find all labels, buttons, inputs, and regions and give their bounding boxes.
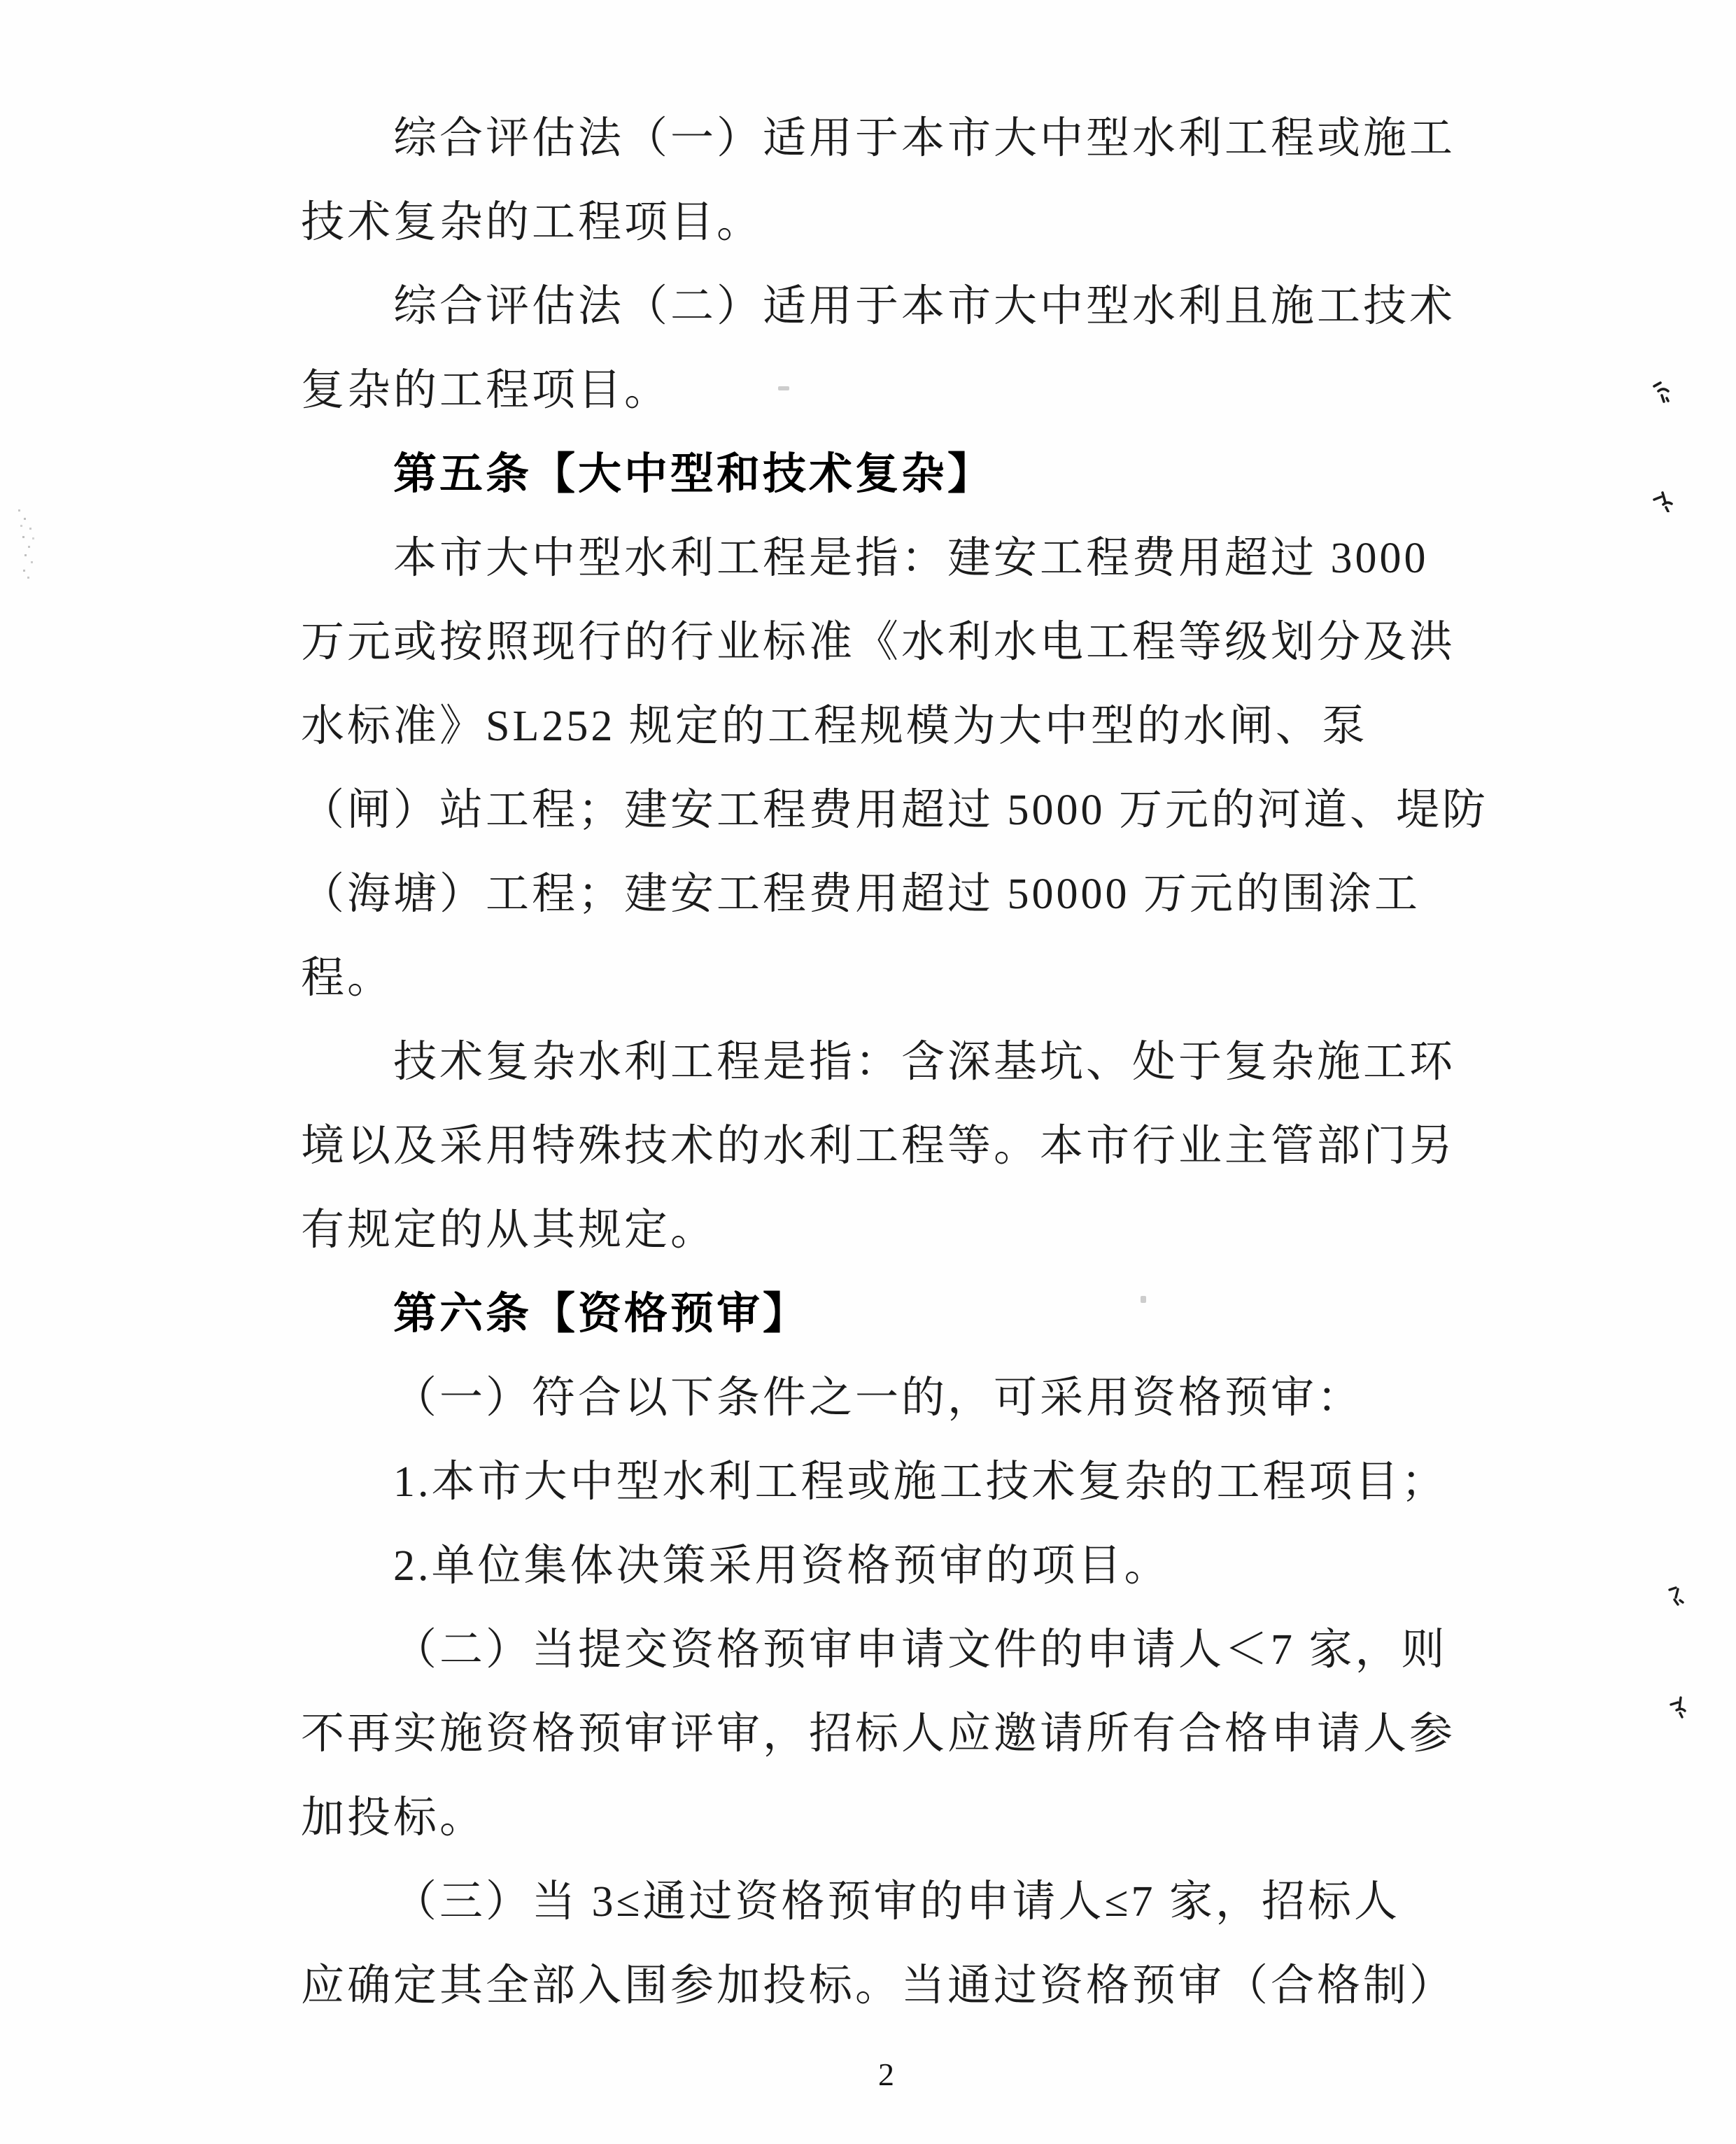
scanned-document-page: 综合评估法（一）适用于本市大中型水利工程或施工 技术复杂的工程项目。 综合评估法… — [0, 0, 1736, 2144]
text-line: （一）符合以下条件之一的，可采用资格预审： — [301, 1356, 1462, 1440]
text-line: 有规定的从其规定。 — [301, 1188, 1462, 1272]
text-line: 技术复杂的工程项目。 — [301, 181, 1462, 265]
text-line: （二）当提交资格预审申请文件的申请人＜7 家，则 — [301, 1608, 1462, 1692]
text-line: （三）当 3≤通过资格预审的申请人≤7 家，招标人 — [301, 1860, 1462, 1944]
text-line: 复杂的工程项目。 — [301, 348, 1462, 432]
article-heading-article-6: 第六条【资格预审】 — [301, 1272, 1462, 1356]
text-line: 程。 — [301, 936, 1462, 1020]
article-heading-article-5: 第五条【大中型和技术复杂】 — [301, 432, 1462, 516]
text-line: 应确定其全部入围参加投标。当通过资格预审（合格制） — [301, 1944, 1462, 2028]
ink-mark-artifact — [1649, 379, 1678, 409]
ink-mark-artifact — [1667, 1583, 1692, 1607]
text-line: 万元或按照现行的行业标准《水利水电工程等级划分及洪 — [301, 600, 1462, 684]
text-line: 水标准》SL252 规定的工程规模为大中型的水闸、泵 — [301, 684, 1462, 768]
text-line: （海塘）工程；建安工程费用超过 50000 万元的围涂工 — [301, 852, 1462, 936]
faint-smudge-artifact — [778, 386, 789, 390]
text-line: 境以及采用特殊技术的水利工程等。本市行业主管部门另 — [301, 1104, 1462, 1188]
text-line: 2.单位集体决策采用资格预审的项目。 — [301, 1524, 1462, 1608]
page-number: 2 — [0, 2056, 1736, 2093]
text-line: 1.本市大中型水利工程或施工技术复杂的工程项目； — [301, 1440, 1462, 1524]
text-line: 综合评估法（二）适用于本市大中型水利且施工技术 — [301, 265, 1462, 348]
document-text-block: 综合评估法（一）适用于本市大中型水利工程或施工 技术复杂的工程项目。 综合评估法… — [301, 97, 1462, 2028]
text-line: 本市大中型水利工程是指：建安工程费用超过 3000 — [301, 516, 1462, 600]
ink-mark-artifact — [1651, 488, 1678, 512]
ink-mark-artifact — [1668, 1695, 1693, 1719]
text-line: 技术复杂水利工程是指：含深基坑、处于复杂施工环 — [301, 1020, 1462, 1104]
text-line: 加投标。 — [301, 1776, 1462, 1860]
scan-speckle-artifact — [18, 509, 20, 512]
text-line: （闸）站工程；建安工程费用超过 5000 万元的河道、堤防 — [301, 768, 1462, 852]
text-line: 不再实施资格预审评审，招标人应邀请所有合格申请人参 — [301, 1692, 1462, 1776]
text-line: 综合评估法（一）适用于本市大中型水利工程或施工 — [301, 97, 1462, 181]
faint-smudge-artifact — [1141, 1296, 1146, 1303]
